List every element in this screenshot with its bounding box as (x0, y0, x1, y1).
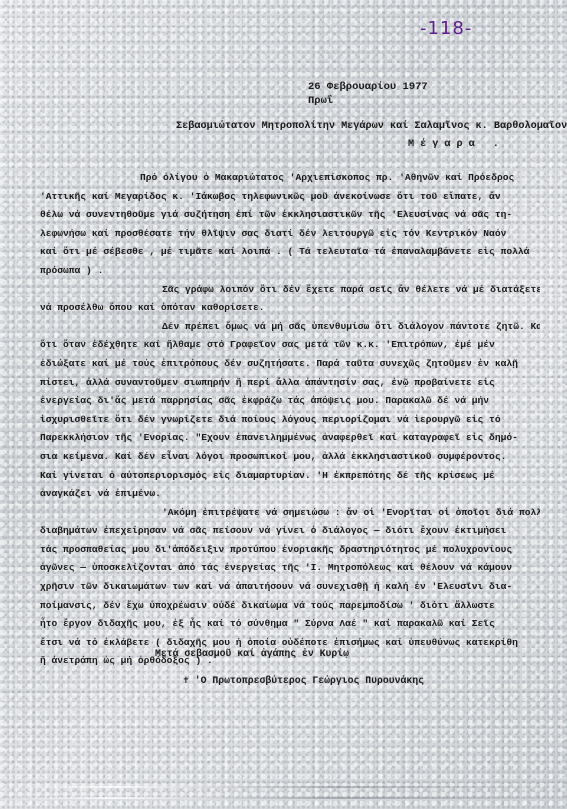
closing-salutation: Μετά σεβασμοῦ καί ἀγάπης ἐν Κυρίῳ (155, 648, 349, 659)
body-line: 'Ακόμη ἐπιτρέψατε νά σημειώσω : ἄν οἱ 'Ε… (40, 504, 540, 523)
body-line: ἐδιώξατε καί μέ τούς ἐπιτρόπους δέν συζη… (40, 355, 540, 374)
body-line: νά προσέλθω ὅπου καί ὁπόταν καθορίσετε. (40, 299, 540, 318)
body-line: πίστει, ἀλλά συναντοῦμεν σιωπηρήν ἤ περί… (40, 374, 540, 393)
body-line: ἀναγκάζει νά ἐπιμένω. (40, 485, 540, 504)
letter-reference: Πρωΐ (308, 94, 428, 108)
body-line: Σᾶς γράφω λοιπόν ὅτι δέν ἔχετε παρά σεῖς… (40, 281, 540, 300)
body-line: ἰσχυρισθεῖτε ὅτι δέν γνωρίζετε διά ποίου… (40, 411, 540, 430)
body-line: καί ὅτι μέ σέβεσθε , μέ τιμᾶτε καί λοιπά… (40, 243, 540, 262)
letter-body: Πρό ὀλίγου ὁ Μακαριώτατος 'Αρχιεπίσκοπος… (40, 169, 540, 671)
body-line: Παρεκκλήσιον τῆς 'Ενορίας. "Εχουν ἐπανει… (40, 429, 540, 448)
body-line: Καί γίνεται ὁ αὐτοπεριορισμός εἰς διαμαρ… (40, 467, 540, 486)
addressee-name: Σεβασμιώτατον Μητροπολίτην Μεγάρων καί Σ… (176, 118, 567, 136)
body-line: σια κείμενα. Καί δέν εἶναι λόγοι προσωπι… (40, 448, 540, 467)
date-block: 26 Φεβρουαρίου 1977 Πρωΐ (308, 80, 428, 108)
body-line: λεφωνήσω καί προσθέσατε τήν θλῖψιν σας δ… (40, 225, 540, 244)
letter-date: 26 Φεβρουαρίου 1977 (308, 80, 428, 94)
addressee-block: Σεβασμιώτατον Μητροπολίτην Μεγάρων καί Σ… (176, 118, 567, 154)
body-line: τάς προσπαθείας μου δι'ἀπόδειξιν προτύπο… (40, 541, 540, 560)
body-line: ἐνεργείας δι'ἅς μετά παρρησίας σᾶς ἐκφρά… (40, 392, 540, 411)
scanned-letter-page: -118- 26 Φεβρουαρίου 1977 Πρωΐ Σεβασμιώτ… (0, 0, 567, 809)
body-line: Δέν πρέπει ὅμως νά μή σᾶς ὑπενθυμίσω ὅτι… (40, 318, 540, 337)
body-line: ἀγῶνες — ὑποσκελίζονται ἀπό τάς ἐνεργεία… (40, 559, 540, 578)
paper-crease (0, 786, 567, 788)
body-line: 'Αττικῆς καί Μεγαρίδος κ. 'Ιάκωβος τηλεφ… (40, 188, 540, 207)
body-line: θέλω νά συνεντηθοῦμε γιά συζήτηση ἐπί τῶ… (40, 206, 540, 225)
body-line: ὅτι ὅταν ἐδέχθητε καί ἤλθαμε στό Γραφεῖο… (40, 336, 540, 355)
body-line: ποίμανσις, δέν ἔχω ὑποχρέωσιν οὐδέ δικαί… (40, 597, 540, 616)
body-line: Πρό ὀλίγου ὁ Μακαριώτατος 'Αρχιεπίσκοπος… (40, 169, 540, 188)
signature-line: ✝ 'Ο Πρωτοπρεσβύτερος Γεώργιος Πυρουνάκη… (183, 675, 424, 686)
body-line: διαβημάτων ἐπεχείρησαν νά σᾶς πείσουν νά… (40, 522, 540, 541)
body-line: ἦτο ἔργον διδαχῆς μου, ἐξ ἧς καί τό σύνθ… (40, 615, 540, 634)
addressee-city: Μέγαρα . (176, 136, 567, 154)
paper-crease (0, 797, 567, 799)
body-line: χρῆσιν τῶν δικαιωμάτων των καί νά ἀπαιτή… (40, 578, 540, 597)
handwritten-page-number: -118- (420, 18, 472, 39)
body-line: πρόσωπα ) . (40, 262, 540, 281)
